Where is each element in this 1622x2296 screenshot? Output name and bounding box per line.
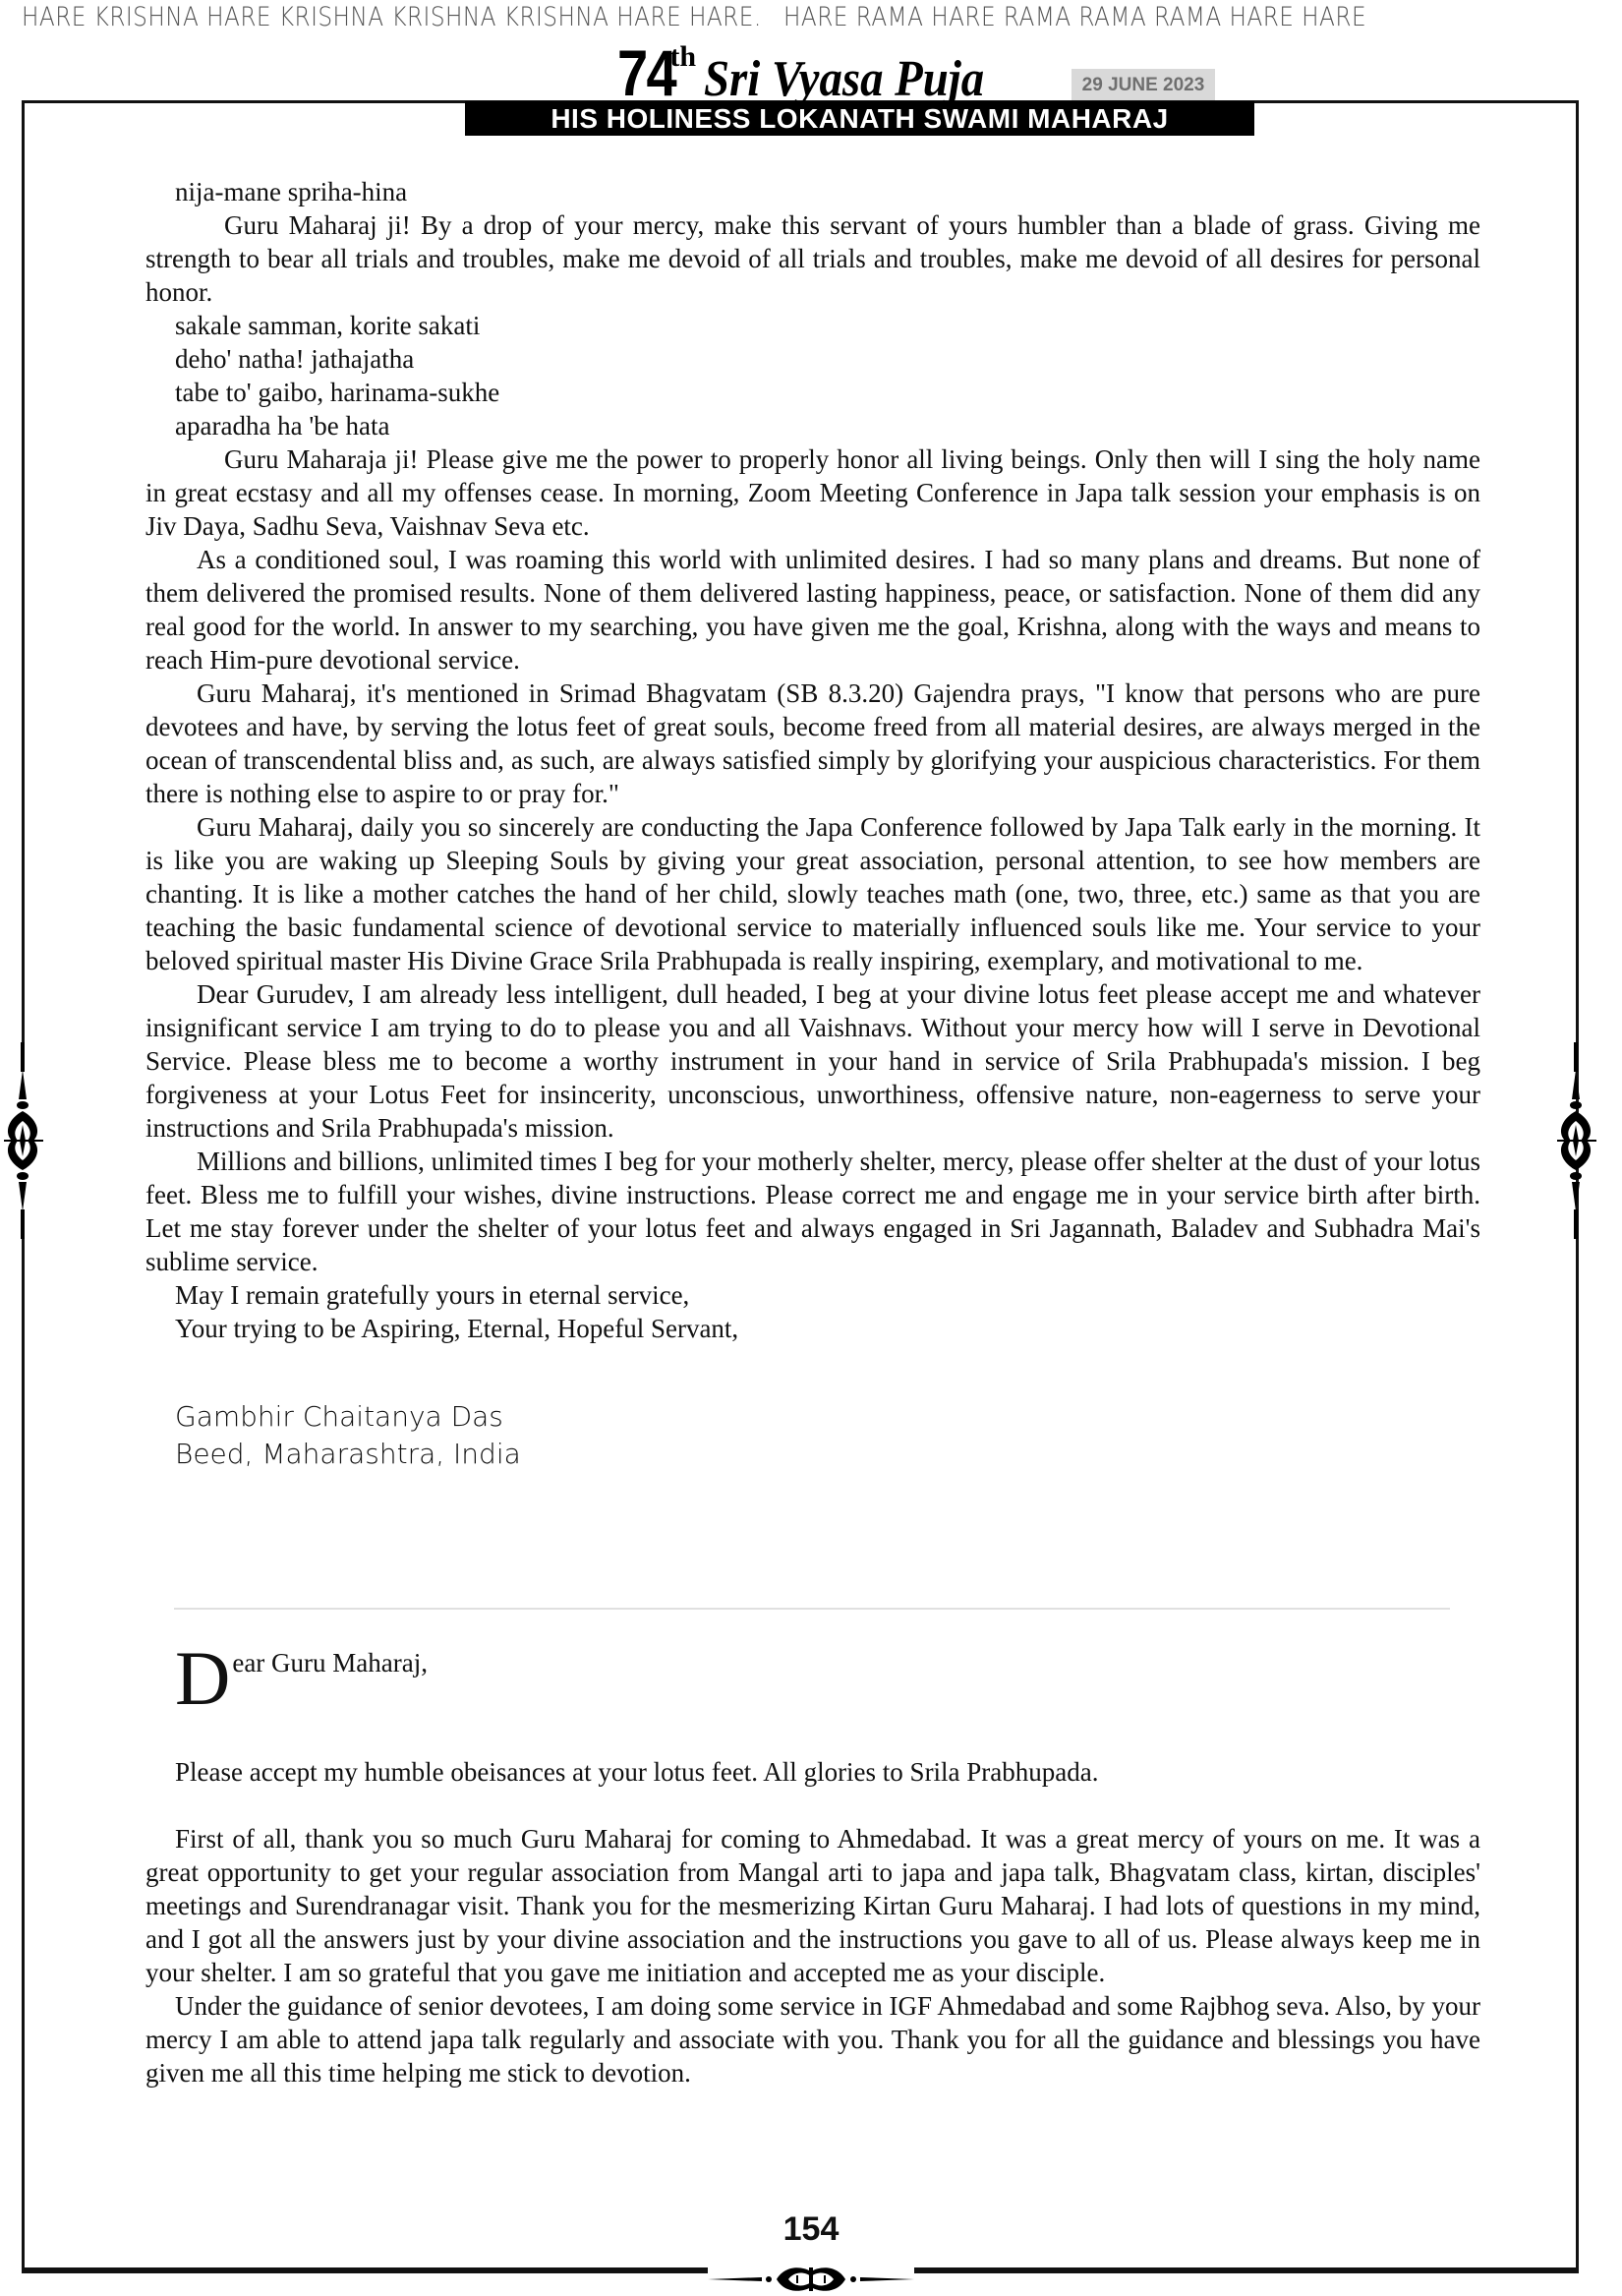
date-badge: 29 JUNE 2023	[1072, 69, 1215, 100]
signature-block: Gambhir Chaitanya Das Beed, Maharashtra,…	[145, 1398, 1480, 1473]
paragraph: Dear Gurudev, I am already less intellig…	[145, 977, 1480, 1145]
verse-line: aparadha ha 'be hata	[145, 409, 1480, 442]
verse-line: sakale samman, korite sakati	[145, 309, 1480, 342]
bottom-ornament-icon	[708, 2262, 914, 2296]
title-number: 74	[617, 35, 675, 110]
header-banner: HIS HOLINESS LOKANATH SWAMI MAHARAJ	[465, 101, 1254, 136]
page-title: 74thSri Vyasa Puja	[617, 35, 1015, 104]
page-number: 154	[762, 2210, 860, 2249]
header-mantra: HARE KRISHNA HARE KRISHNA KRISHNA KRISHN…	[22, 2, 1383, 33]
paragraph: Guru Maharaj ji! By a drop of your mercy…	[145, 208, 1480, 309]
closing-line: Your trying to be Aspiring, Eternal, Hop…	[145, 1312, 1480, 1345]
frame-bottom-right	[914, 2267, 1576, 2270]
verse-line: tabe to' gaibo, harinama-sukhe	[145, 376, 1480, 409]
paragraph: Guru Maharaja ji! Please give me the pow…	[145, 442, 1480, 543]
frame-bottom-left	[22, 2267, 708, 2270]
paragraph: Millions and billions, unlimited times I…	[145, 1145, 1480, 1278]
verse-line: nija-mane spriha-hina	[145, 175, 1480, 208]
paragraph: Under the guidance of senior devotees, I…	[145, 1989, 1480, 2090]
paragraph: First of all, thank you so much Guru Mah…	[145, 1822, 1480, 1989]
letter-divider	[174, 1608, 1450, 1610]
letter-2: Dear Guru Maharaj, Please accept my humb…	[145, 1644, 1480, 2090]
paragraph: Guru Maharaj, it's mentioned in Srimad B…	[145, 677, 1480, 810]
signature-name: Gambhir Chaitanya Das	[145, 1398, 1480, 1436]
mantra-right: HARE RAMA HARE RAMA RAMA RAMA HARE HARE	[783, 2, 1366, 32]
greeting-text: ear Guru Maharaj,	[232, 1644, 428, 1679]
greeting: Dear Guru Maharaj,	[145, 1644, 1480, 1713]
closing-line: May I remain gratefully yours in eternal…	[145, 1278, 1480, 1312]
drop-cap: D	[175, 1644, 230, 1713]
right-ornament-icon	[1553, 1042, 1600, 1239]
left-ornament-icon	[0, 1042, 47, 1239]
paragraph: Guru Maharaj, daily you so sincerely are…	[145, 810, 1480, 977]
title-words: Sri Vyasa Puja	[704, 50, 984, 108]
paragraph: Please accept my humble obeisances at yo…	[145, 1755, 1480, 1789]
paragraph: As a conditioned soul, I was roaming thi…	[145, 543, 1480, 677]
verse-line: deho' natha! jathajatha	[145, 342, 1480, 376]
signature-place: Beed, Maharashtra, India	[145, 1436, 1480, 1473]
letter-1: nija-mane spriha-hina Guru Maharaj ji! B…	[145, 175, 1480, 1473]
mantra-left: HARE KRISHNA HARE KRISHNA KRISHNA KRISHN…	[22, 2, 762, 32]
